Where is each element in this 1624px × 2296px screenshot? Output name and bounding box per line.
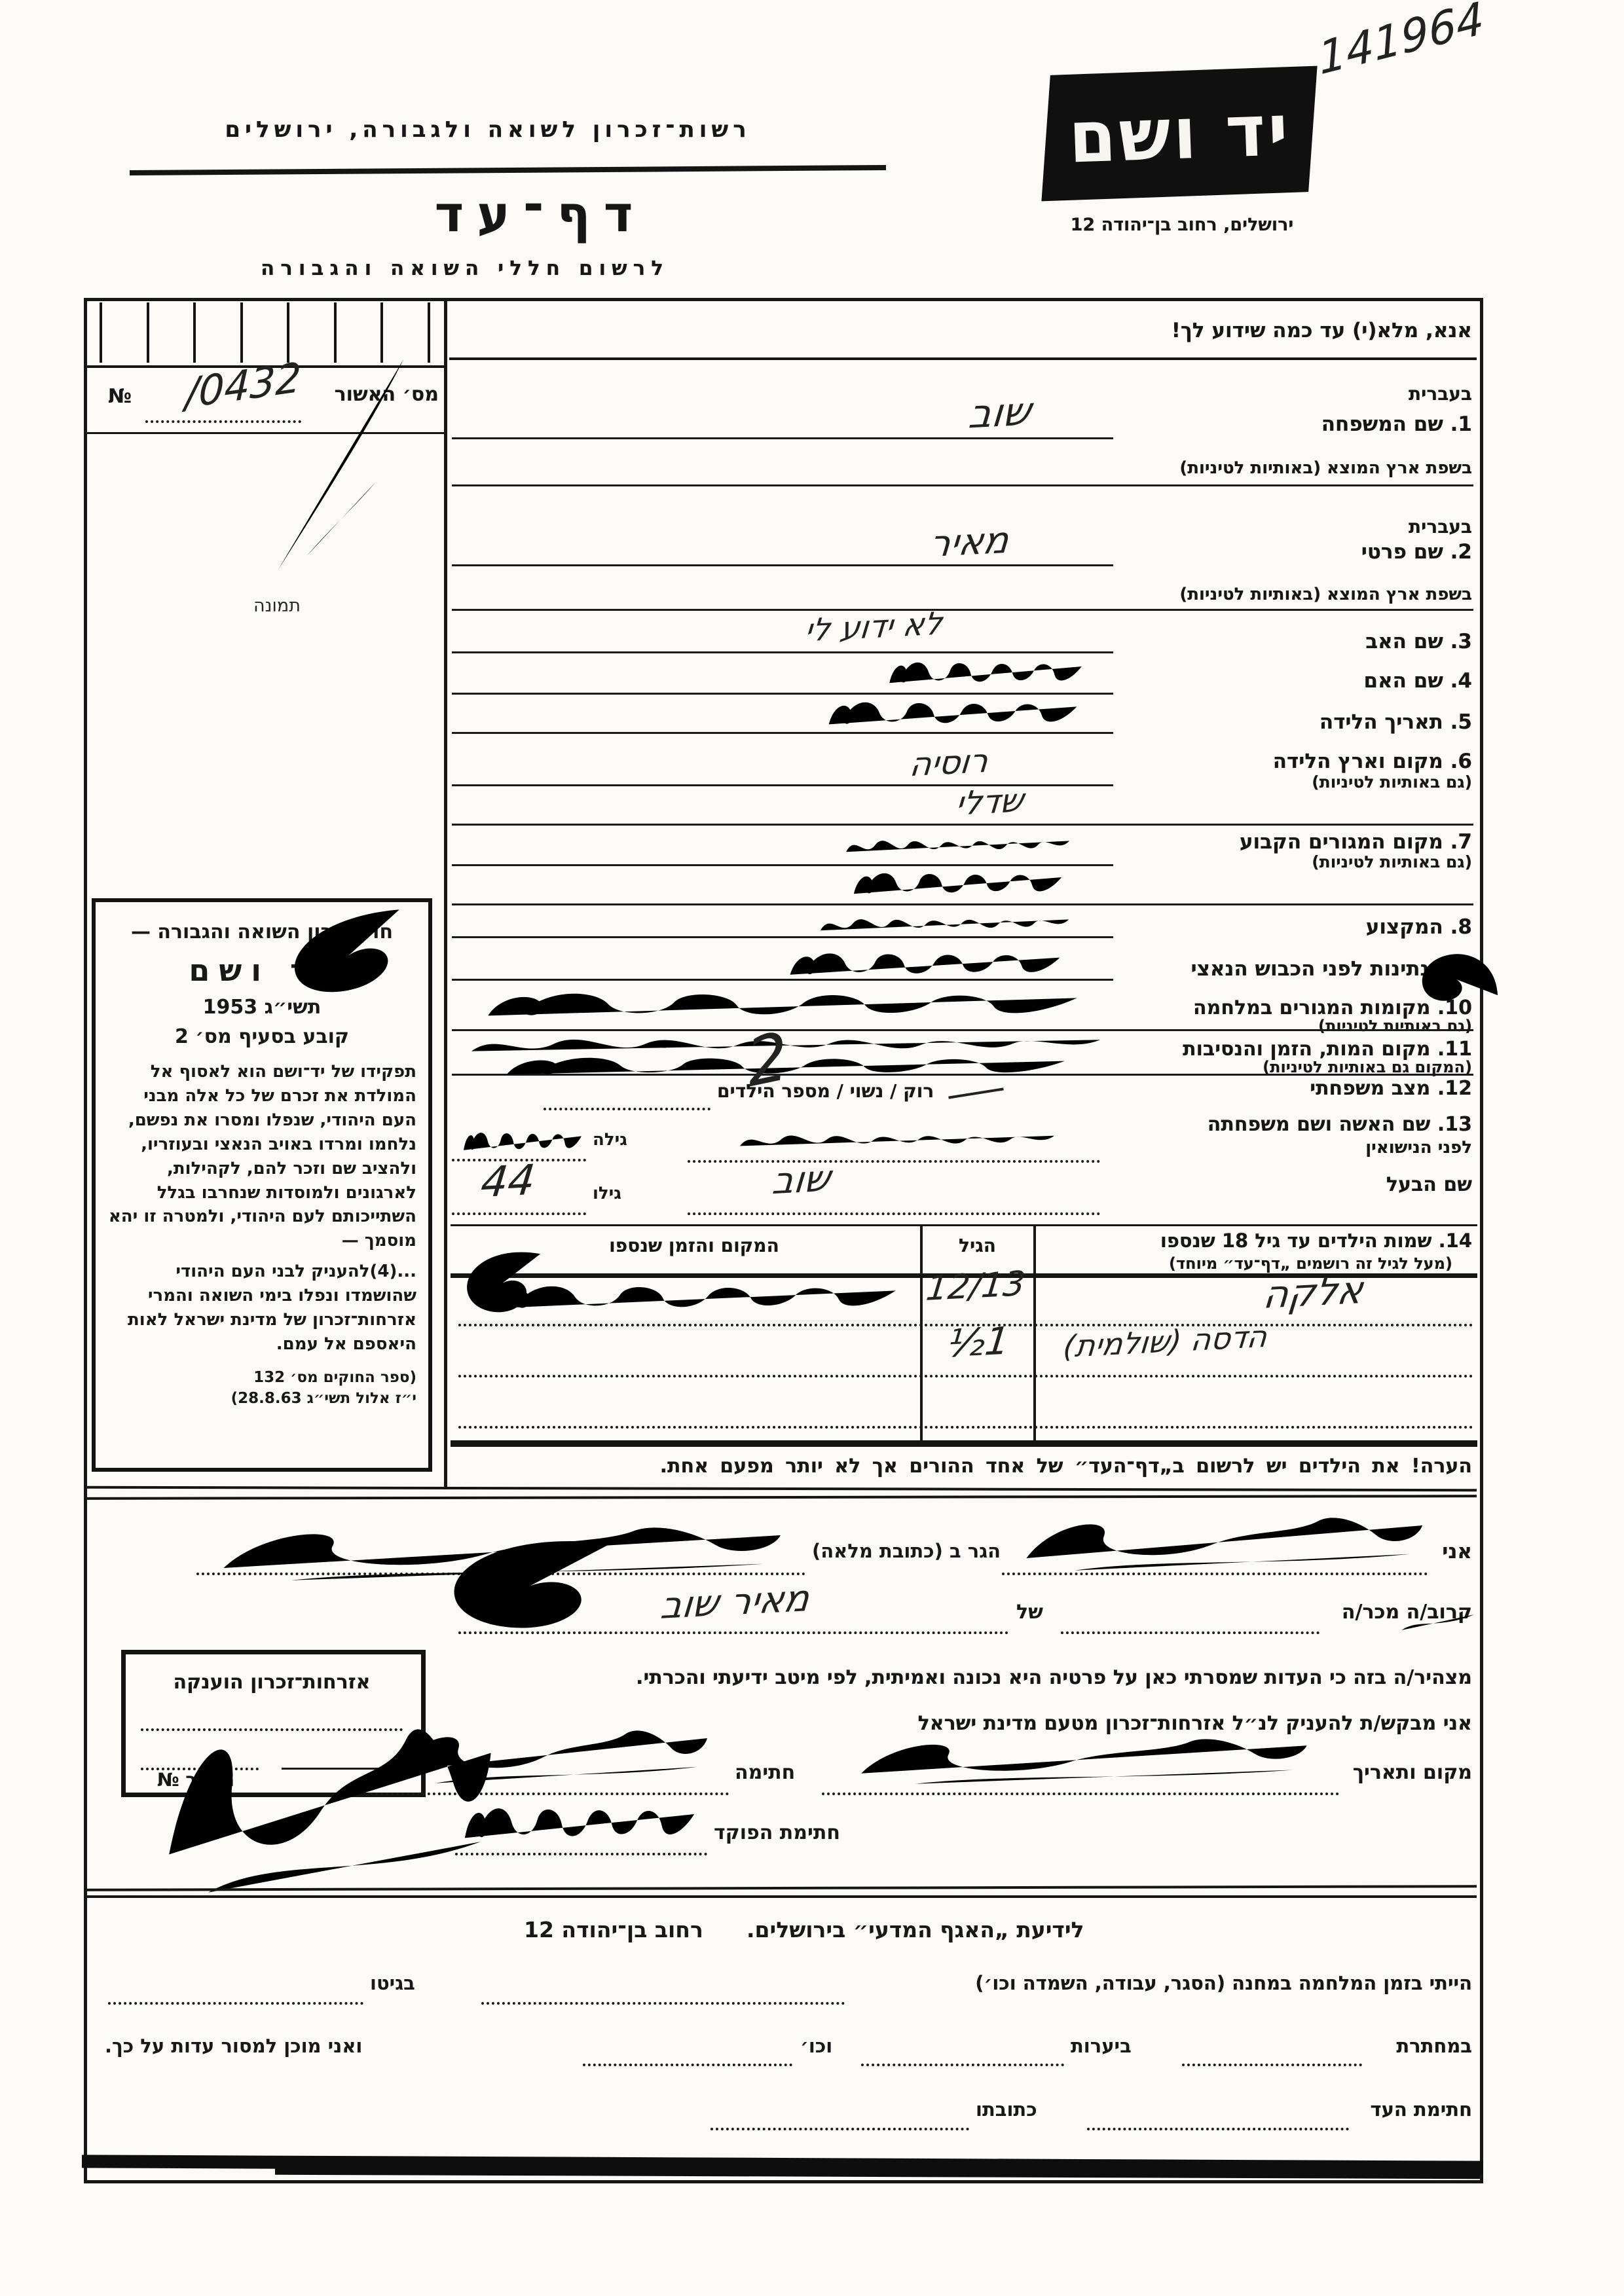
footer-camp-label: הייתי בזמן המלחמה במחנה (הסגר, עבודה, הש… — [975, 1972, 1472, 1994]
yad-vashem-logo: יד ושם — [1041, 66, 1317, 202]
handwriting-child1-age: 12/13 — [924, 1264, 1027, 1309]
field-11-death-place-label: 11. מקום המות, הזמן והנסיבות — [1183, 1038, 1472, 1061]
answer-line-dotted — [688, 1160, 1100, 1163]
field-13-sublabel: לפני הנישואין — [1365, 1138, 1472, 1157]
table-bottom-line — [451, 1440, 1477, 1447]
logo-address: ירושלים, רחוב בן־יהודה 12 — [1018, 215, 1346, 235]
field-13-wife-name-label: 13. שם האשה ושם משפחתה — [1208, 1113, 1472, 1136]
footer-testify-label: ואני מוכן למסור עדות על כך. — [105, 2035, 362, 2057]
footer-witness-signature-line — [1087, 2128, 1349, 2130]
declaration-i-label: אני — [1442, 1540, 1472, 1563]
handwriting-residence: שדלי — [954, 781, 1025, 822]
clerk-signature-label: חתימת הפוקד — [714, 1821, 840, 1844]
answer-line-dotted — [544, 1108, 710, 1110]
law-citation-line1: (ספר החוקים מס׳ 132 — [253, 1369, 416, 1386]
law-citation-line2: י״ז אלול תשי״ג 28.8.63) — [231, 1390, 416, 1407]
label-in-hebrew-1: בעברית — [1409, 383, 1472, 405]
photo-label: תמונה — [228, 596, 326, 616]
declaration-of-label: של — [1016, 1601, 1043, 1624]
handwriting-illegible-squiggle — [783, 945, 1067, 982]
form-title: דף־עד — [399, 185, 681, 243]
table-col-age-header: הגיל — [920, 1235, 1035, 1256]
handwriting-illegible-squiggle — [460, 1126, 585, 1156]
handwriting-illegible-squiggle — [845, 1732, 1316, 1787]
footer-forests-line — [861, 2064, 1064, 2066]
answer-line — [452, 732, 1113, 734]
husband-name-label: שם הבעל — [1386, 1173, 1472, 1196]
field-2-first-name-label: 2. שם פרטי — [1361, 540, 1472, 564]
footer-witness-signature-label: חתימת העד — [1371, 2098, 1472, 2121]
declaration-statement: מצהיר/ה בזה כי העדות שמסרתי כאן על פרטיה… — [636, 1666, 1472, 1689]
handwriting-illegible-squiggle — [157, 1702, 498, 1905]
her-age-label: גילה — [593, 1130, 627, 1150]
field-6-latin-sublabel: (גם באותיות לטיניות) — [1312, 773, 1472, 792]
field-7-residence-label: 7. מקום המגורים הקבוע — [1240, 830, 1472, 854]
table-row-line — [458, 1375, 1473, 1377]
handwriting-illegible-squiggle — [848, 866, 1067, 901]
signature-label: חתימה — [735, 1761, 795, 1784]
answer-line — [452, 564, 1113, 566]
handwriting-illegible-squiggle — [841, 826, 1074, 863]
law-paragraph-2: ...(4)להעניק לבני העם היהודי שהושמדו ונפ… — [107, 1260, 416, 1357]
footer-underground-line — [1182, 2064, 1362, 2066]
field-8-profession-label: 8. המקצוע — [1366, 915, 1472, 939]
field-12-marital-status-label: 12. מצב משפחתי — [1310, 1077, 1472, 1100]
footer-ghetto-label: בגיטו — [370, 1972, 415, 1994]
handwriting-illegible-squiggle — [419, 1525, 629, 1647]
answer-line — [452, 824, 1473, 826]
archive-serial-handwritten: 141964 — [1316, 0, 1486, 86]
field-1-latin-sublabel: בשפת ארץ המוצא (באותיות לטיניות) — [1179, 458, 1472, 478]
handwriting-testimony-subject: מאיר שוב — [659, 1577, 811, 1628]
handwriting-family-name: שוב — [967, 389, 1033, 438]
note-text: הערה! את הילדים יש לרשום ב„דף־העד״ של אח… — [660, 1455, 1472, 1478]
field-7-latin-sublabel: (גם באותיות לטיניות) — [1312, 852, 1472, 871]
declaration-resident-label: הגר ב (כתובת מלאה) — [812, 1540, 1001, 1562]
handwriting-illegible-squiggle — [451, 1241, 549, 1325]
footer-witness-address-label: כתובתו — [976, 2098, 1037, 2121]
relation-line — [1061, 1631, 1319, 1634]
field-4-mother-name-label: 4. שם האם — [1364, 669, 1472, 693]
footer-forests-label: ביערות — [1071, 2035, 1132, 2057]
footer-witness-address-line — [710, 2128, 969, 2130]
table-column-divider — [920, 1224, 923, 1447]
table-column-divider — [1033, 1224, 1036, 1447]
law-paragraph-1: תפקידו של יד־ושם הוא לאסוף אל המולדת את … — [107, 1060, 416, 1253]
handwriting-illegible-squiggle — [261, 354, 415, 576]
header-rule — [130, 165, 886, 175]
footer-etc-label: וכו׳ — [800, 2035, 832, 2057]
handwriting-given-name: מאיר — [927, 519, 1010, 566]
plea-rule — [449, 357, 1477, 360]
scanned-testimony-page: 141964 רשות־זכרון לשואה ולגבורה, ירושלים… — [0, 0, 1624, 2296]
field-3-father-name-label: 3. שם האב — [1365, 630, 1472, 653]
section-divider — [87, 1895, 1477, 1898]
authority-name: רשות־זכרון לשואה ולגבורה, ירושלים — [134, 117, 841, 143]
handwriting-his-age: 44 — [479, 1156, 538, 1207]
field-5-birth-date-label: 5. תאריך הלידה — [1319, 710, 1472, 734]
citizenship-granted-title: אזרחות־זכרון הוענקה — [131, 1671, 413, 1694]
answer-line — [452, 609, 1473, 611]
answer-line — [452, 437, 1113, 439]
answer-line-dotted — [452, 1212, 586, 1215]
handwriting-illegible-squiggle — [884, 655, 1087, 690]
place-and-date-label: מקום ותאריך — [1353, 1761, 1472, 1784]
form-subtitle: לרשום חללי השואה והגבורה — [210, 257, 720, 280]
footer-underground-label: במחתרת — [1396, 2035, 1472, 2057]
yad-vashem-logo-text: יד ושם — [1067, 88, 1291, 179]
plea-text: אנא, מלא(י) עד כמה שידוע לך! — [1172, 319, 1472, 342]
answer-line-dotted — [688, 1212, 1100, 1215]
handwriting-husband-name: שוב — [770, 1157, 832, 1203]
handwriting-birth-country: רוסיה — [908, 742, 990, 784]
column-divider — [444, 298, 447, 1489]
field-1-family-name-label: 1. שם המשפחה — [1321, 412, 1472, 436]
handwriting-children-count: 2 — [743, 1017, 792, 1102]
approval-number-sign: № — [108, 385, 132, 408]
answer-line — [452, 651, 1113, 653]
law-section: קובע בסעיף מס׳ 2 — [107, 1025, 416, 1048]
handwriting-child2-age: 1½ — [946, 1319, 1012, 1366]
footer-camp-line — [481, 2002, 845, 2005]
field-6-birth-place-label: 6. מקום וארץ הלידה — [1273, 750, 1472, 773]
handwriting-illegible-squiggle — [1012, 1509, 1431, 1575]
handwriting-father-name: לא ידוע לי — [803, 606, 944, 649]
handwriting-illegible-squiggle — [733, 1122, 1061, 1156]
field-2-latin-sublabel: בשפת ארץ המוצא (באותיות לטיניות) — [1179, 585, 1472, 604]
place-date-line — [822, 1793, 1339, 1795]
field-14-children-label: 14. שמות הילדים עד גיל 18 שנספו — [1160, 1230, 1472, 1252]
handwriting-illegible-squiggle — [815, 905, 1074, 941]
footer-etc-line — [583, 2064, 792, 2066]
footer-dept-address: רחוב בן־יהודה 12 — [524, 1917, 703, 1942]
table-col-place-header: המקום והזמן שנספו — [557, 1235, 832, 1256]
table-row-line — [458, 1426, 1473, 1429]
law-citation: (ספר החוקים מס׳ 132 י״ז אלול תשי״ג 28.8.… — [107, 1367, 416, 1409]
his-age-label: גילו — [593, 1184, 621, 1203]
footer-ghetto-line — [108, 2002, 363, 2005]
label-in-hebrew-2: בעברית — [1409, 516, 1472, 538]
footer-dept-title: לידיעת „האגף המדעי״ בירושלים. — [747, 1917, 1084, 1942]
field-10-latin-sublabel: (גם באותיות לטיניות) — [1318, 1017, 1472, 1035]
handwriting-illegible-squiggle — [822, 694, 1084, 732]
answer-line — [452, 484, 1473, 486]
handwriting-child1-name: אלקה — [1261, 1267, 1365, 1317]
table-top-line — [451, 1224, 1477, 1226]
